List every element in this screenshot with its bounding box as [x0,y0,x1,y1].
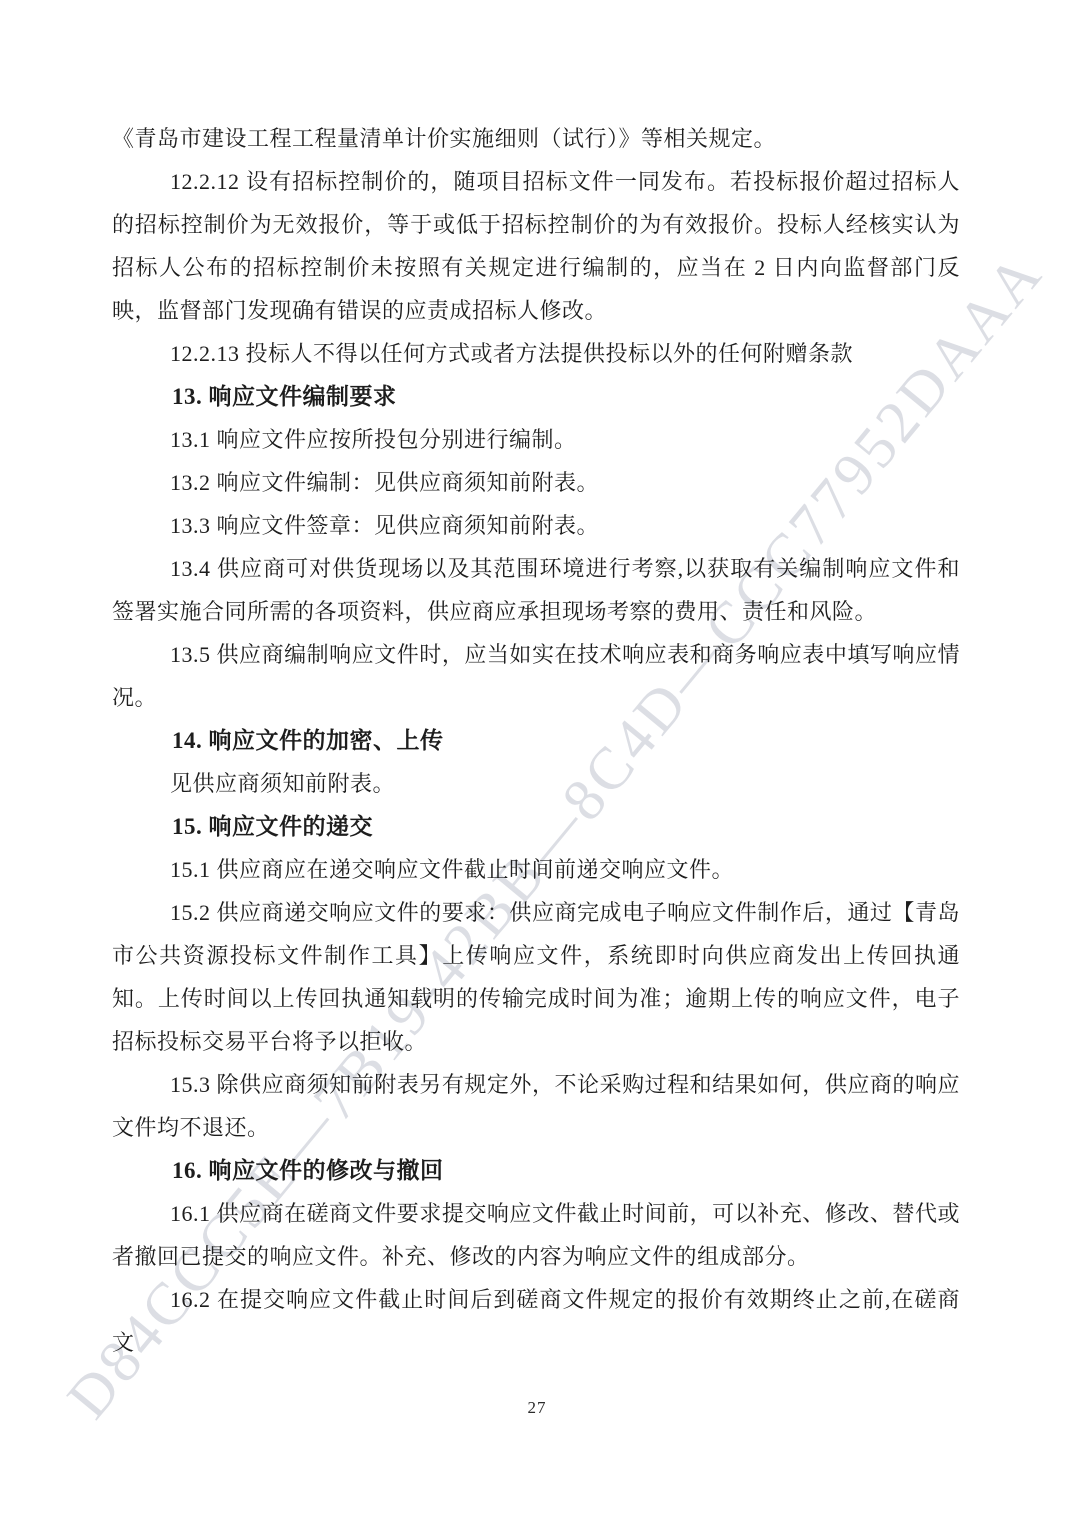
para-15-2: 15.2 供应商递交响应文件的要求：供应商完成电子响应文件制作后，通过【青岛市公… [112,891,960,1063]
para-13-4: 13.4 供应商可对供货现场以及其范围环境进行考察,以获取有关编制响应文件和签署… [112,547,960,633]
heading-section-14: 14. 响应文件的加密、上传 [112,719,960,762]
para-15-3: 15.3 除供应商须知前附表另有规定外，不论采购过程和结果如何，供应商的响应文件… [112,1063,960,1149]
para-14-ref: 见供应商须知前附表。 [112,762,960,805]
document-page: D84CCC5E—7B19-42BB—8C4D—CCC77952DAAA 《青岛… [0,0,1074,1520]
para-16-1: 16.1 供应商在磋商文件要求提交响应文件截止时间前，可以补充、修改、替代或者撤… [112,1192,960,1278]
para-13-3: 13.3 响应文件签章：见供应商须知前附表。 [112,504,960,547]
para-13-2: 13.2 响应文件编制：见供应商须知前附表。 [112,461,960,504]
para-16-2: 16.2 在提交响应文件截止时间后到磋商文件规定的报价有效期终止之前,在磋商文 [112,1278,960,1364]
para-12-2-13: 12.2.13 投标人不得以任何方式或者方法提供投标以外的任何附赠条款 [112,332,960,375]
para-13-5: 13.5 供应商编制响应文件时，应当如实在技术响应表和商务响应表中填写响应情况。 [112,633,960,719]
page-number: 27 [0,1398,1074,1418]
document-body: 《青岛市建设工程工程量清单计价实施细则（试行）》等相关规定。 12.2.12 设… [112,117,960,1364]
para-13-1: 13.1 响应文件应按所投包分别进行编制。 [112,418,960,461]
para-12-2-12: 12.2.12 设有招标控制价的，随项目招标文件一同发布。若投标报价超过招标人的… [112,160,960,332]
heading-section-15: 15. 响应文件的递交 [112,805,960,848]
para-15-1: 15.1 供应商应在递交响应文件截止时间前递交响应文件。 [112,848,960,891]
para-regulation-ref: 《青岛市建设工程工程量清单计价实施细则（试行）》等相关规定。 [112,117,960,160]
heading-section-13: 13. 响应文件编制要求 [112,375,960,418]
heading-section-16: 16. 响应文件的修改与撤回 [112,1149,960,1192]
